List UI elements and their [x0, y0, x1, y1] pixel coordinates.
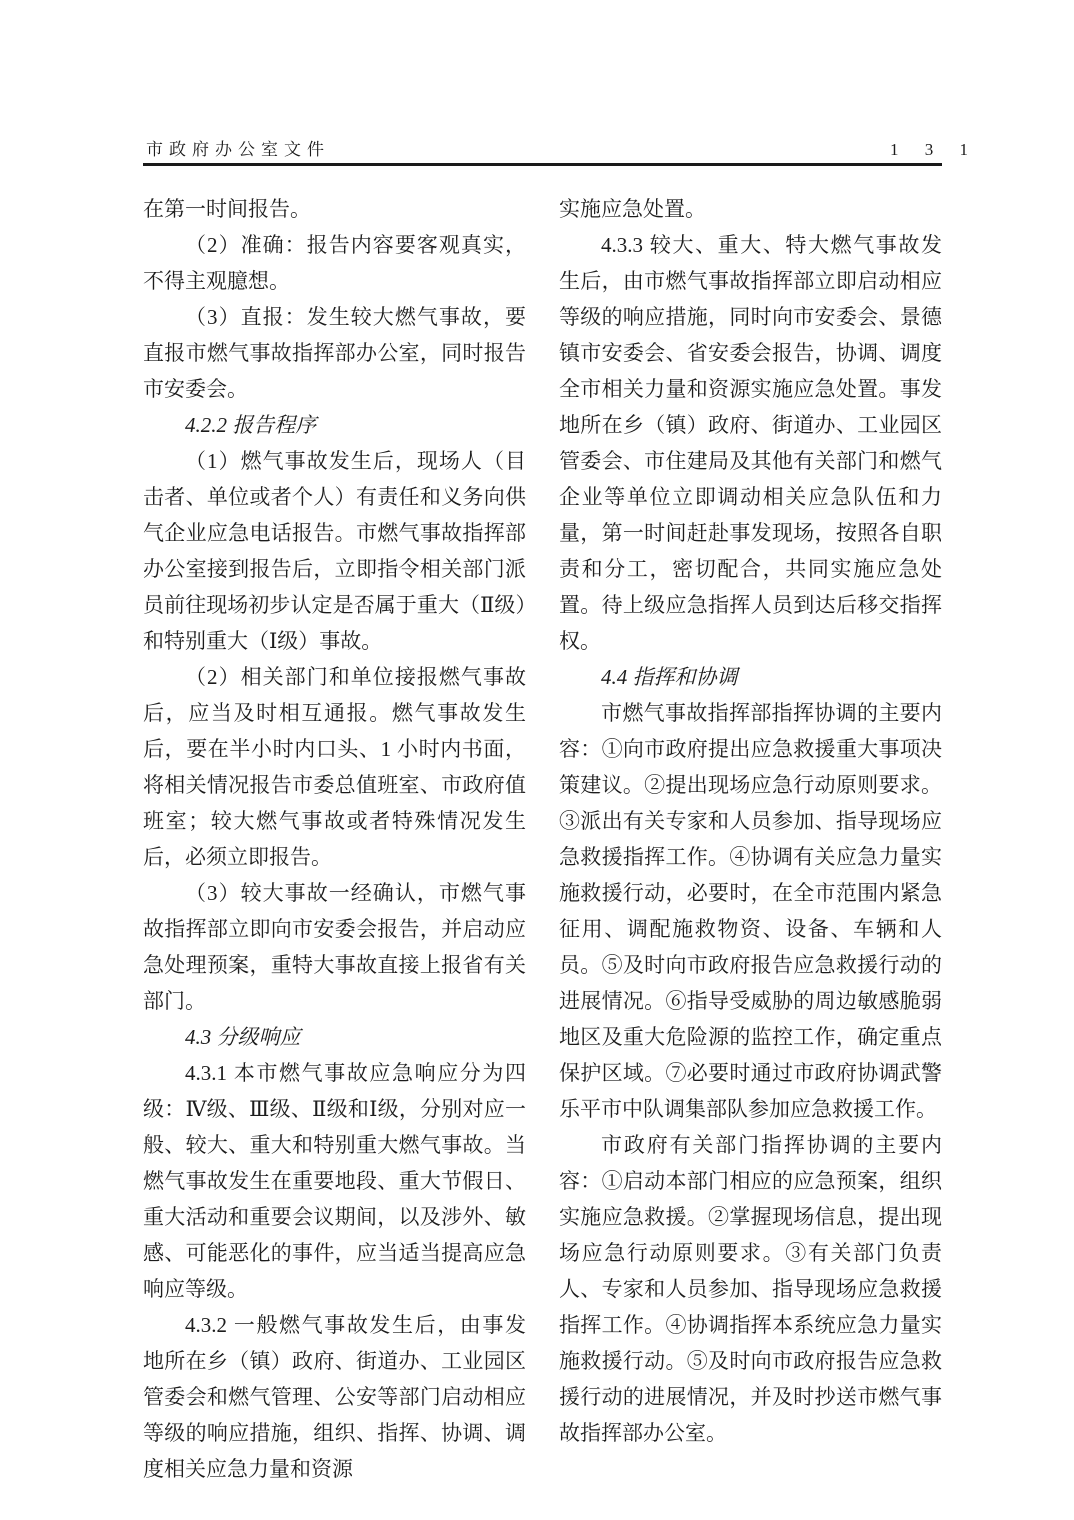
paragraph: （2）准确：报告内容要客观真实，不得主观臆想。: [143, 227, 526, 299]
body-columns: 在第一时间报告。（2）准确：报告内容要客观真实，不得主观臆想。（3）直报：发生较…: [143, 191, 942, 1487]
section-heading: 4.2.2 报告程序: [143, 407, 526, 443]
page-number: 1 3 1: [890, 140, 979, 160]
paragraph: 市燃气事故指挥部指挥协调的主要内容：①向市政府提出应急救援重大事项决策建议。②提…: [559, 695, 942, 1127]
paragraph: 4.3.1 本市燃气事故应急响应分为四级：Ⅳ级、Ⅲ级、Ⅱ级和Ⅰ级，分别对应一般、…: [143, 1055, 526, 1307]
section-heading: 4.4 指挥和协调: [559, 659, 942, 695]
header-title: 市政府办公室文件: [146, 135, 330, 160]
document-page: 市政府办公室文件 1 3 1 在第一时间报告。（2）准确：报告内容要客观真实，不…: [0, 0, 1074, 1520]
paragraph: 在第一时间报告。: [143, 191, 526, 227]
paragraph: 4.3.3 较大、重大、特大燃气事故发生后，由市燃气事故指挥部立即启动相应等级的…: [559, 227, 942, 659]
section-heading: 4.3 分级响应: [143, 1019, 526, 1055]
paragraph: 市政府有关部门指挥协调的主要内容：①启动本部门相应的应急预案，组织实施应急救援。…: [559, 1127, 942, 1451]
paragraph: （1）燃气事故发生后，现场人（目击者、单位或者个人）有责任和义务向供气企业应急电…: [143, 443, 526, 659]
paragraph: 4.3.2 一般燃气事故发生后，由事发地所在乡（镇）政府、街道办、工业园区管委会…: [143, 1307, 526, 1487]
paragraph: （2）相关部门和单位接报燃气事故后，应当及时相互通报。燃气事故发生后，要在半小时…: [143, 659, 526, 875]
left-column: 在第一时间报告。（2）准确：报告内容要客观真实，不得主观臆想。（3）直报：发生较…: [143, 191, 526, 1487]
paragraph: 实施应急处置。: [559, 191, 942, 227]
right-column: 实施应急处置。4.3.3 较大、重大、特大燃气事故发生后，由市燃气事故指挥部立即…: [559, 191, 942, 1487]
paragraph: （3）较大事故一经确认，市燃气事故指挥部立即向市安委会报告，并启动应急处理预案，…: [143, 875, 526, 1019]
header-rule: [143, 163, 942, 166]
paragraph: （3）直报：发生较大燃气事故，要直报市燃气事故指挥部办公室，同时报告市安委会。: [143, 299, 526, 407]
